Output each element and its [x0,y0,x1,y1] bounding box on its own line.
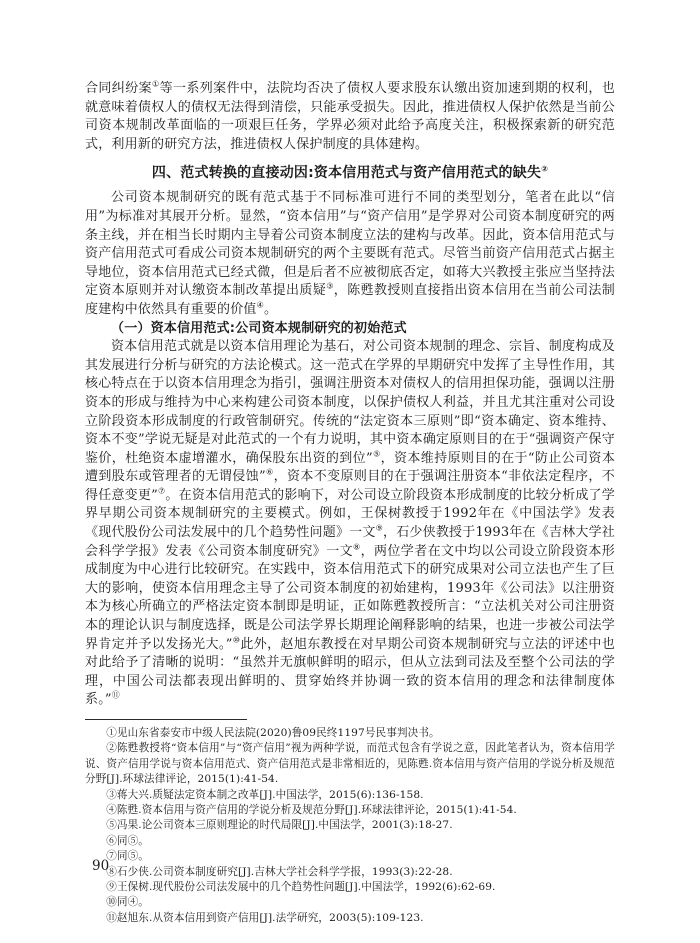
paragraph-paradigm-overview: 公司资本规制研究的既有范式基于不同标准可进行不同的类型划分，笔者在此以“信用”为… [85,189,615,319]
footnote-1: ①见山东省泰安市中级人民法院(2020)鲁09民终1197号民事判决书。 [85,726,615,741]
footnote-separator [85,719,247,720]
footnote-6: ⑥同⑤。 [85,834,615,849]
page-number: 90 [92,858,109,874]
subsection-heading: （一）资本信用范式:公司资本规制研究的初始范式 [85,320,615,339]
footnote-7: ⑦同⑤。 [85,849,615,864]
footnote-4: ④陈甦.资本信用与资产信用的学说分析及规范分野[J].环球法律评论，2015(1… [85,803,615,818]
section-heading: 四、范式转换的直接动因:资本信用范式与资产信用范式的缺失② [85,163,615,183]
main-text-column: 合同纠纷案①等一系列案件中，法院均否决了债权人要求股东认缴出资加速到期的权利，也… [85,80,615,926]
footnote-11: ⑪赵旭东.从资本信用到资产信用[J].法学研究，2003(5):109-123. [85,911,615,926]
footnote-5: ⑤冯果.论公司资本三原则理论的时代局限[J].中国法学，2001(3):18-2… [85,818,615,833]
footnote-2: ②陈甦教授将“资本信用”与“资产信用”视为两种学说，而范式包含有学说之意，因此笔… [85,741,615,787]
footnote-3: ③蒋大兴.质疑法定资本制之改革[J].中国法学，2015(6):136-158. [85,788,615,803]
footnote-10: ⑩同④。 [85,895,615,910]
document-page: 合同纠纷案①等一系列案件中，法院均否决了债权人要求股东认缴出资加速到期的权利，也… [0,0,700,943]
footnotes-block: ①见山东省泰安市中级人民法院(2020)鲁09民终1197号民事判决书。 ②陈甦… [85,726,615,926]
paragraph-capital-credit-paradigm: 资本信用范式就是以资本信用理论为基石，对公司资本规制的理念、宗旨、制度构成及其发… [85,338,615,710]
footnote-8: ⑧石少侠.公司资本制度研究[J].吉林大学社会科学学报，1993(3):22-2… [85,865,615,880]
footnote-9: ⑨王保树.现代股份公司法发展中的几个趋势性问题[J].中国法学，1992(6):… [85,880,615,895]
paragraph-continued: 合同纠纷案①等一系列案件中，法院均否决了债权人要求股东认缴出资加速到期的权利，也… [85,80,615,154]
